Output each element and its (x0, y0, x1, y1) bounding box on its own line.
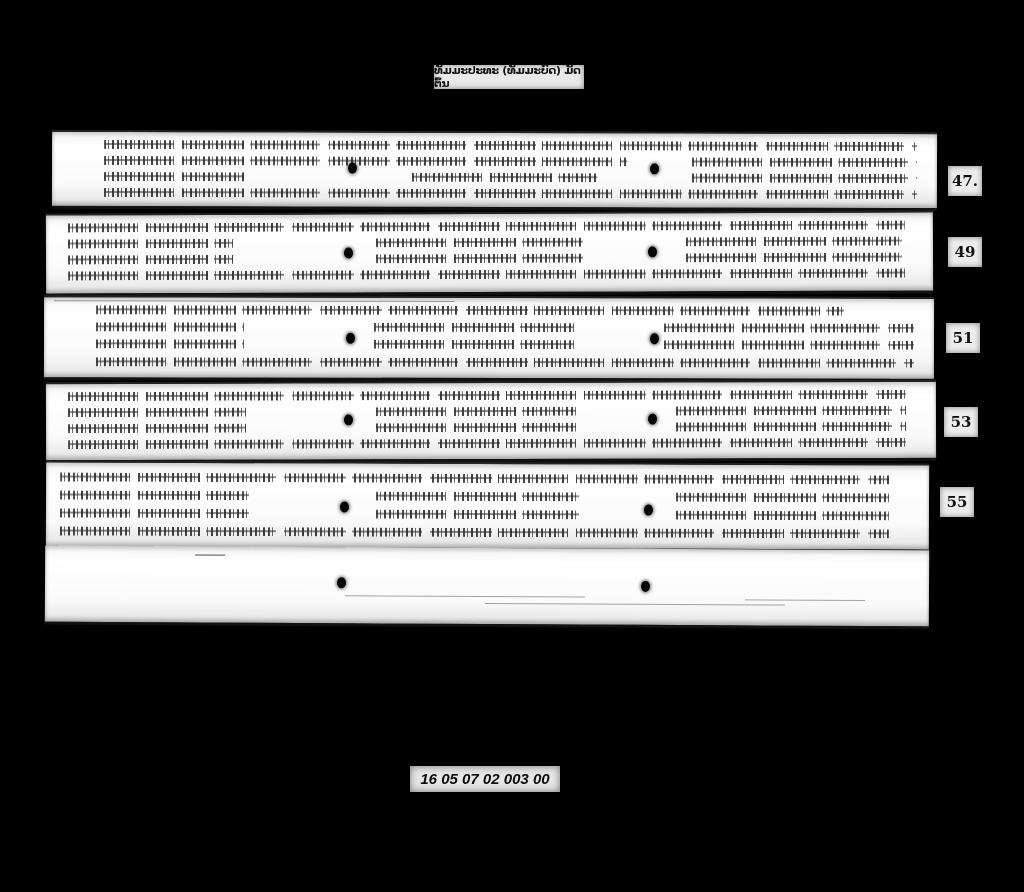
string-hole (648, 414, 657, 425)
text-line (676, 511, 889, 521)
text-line (104, 140, 917, 151)
text-line (68, 438, 906, 449)
leaf-streak (54, 300, 454, 302)
text-line (68, 221, 905, 233)
string-hole (650, 333, 659, 344)
string-hole (346, 333, 355, 344)
leaf-streak (195, 554, 225, 555)
page-number-label: 55 (940, 487, 974, 517)
text-line (376, 407, 576, 417)
text-line (104, 156, 627, 166)
text-line (412, 173, 597, 182)
palm-leaf-49 (46, 210, 933, 296)
text-line (376, 492, 579, 502)
palm-leaf-51 (44, 295, 934, 382)
text-line (676, 422, 906, 432)
string-hole (644, 505, 653, 516)
text-line (96, 322, 244, 331)
page-number-label: 47. (948, 166, 982, 196)
text-line (68, 239, 233, 249)
text-line (96, 339, 244, 348)
text-line (686, 253, 905, 263)
text-line (96, 305, 844, 315)
string-hole (348, 163, 357, 174)
text-line (376, 238, 583, 248)
text-line (676, 493, 889, 503)
text-line (68, 390, 906, 401)
text-line (60, 473, 889, 485)
string-hole (641, 581, 650, 592)
text-line (104, 172, 247, 181)
leaf-streak (485, 603, 785, 606)
leaf-streak (745, 599, 865, 601)
string-hole (650, 163, 659, 174)
text-line (96, 357, 914, 367)
palm-leaf-55 (46, 460, 929, 552)
string-hole (344, 247, 353, 258)
string-hole (340, 501, 349, 512)
page-number-label: 49 (948, 237, 982, 267)
text-line (104, 188, 917, 199)
text-line (686, 237, 905, 247)
text-line (68, 424, 246, 433)
string-hole (344, 414, 353, 425)
text-line (664, 340, 914, 349)
text-line (374, 340, 574, 349)
manuscript-title-label: ທັມມະປະທະ (ທັມມະບົດ) ມັດຕົ້ນ (434, 65, 584, 89)
page-number-label: 53 (944, 407, 978, 437)
palm-leaf-47 (52, 130, 937, 211)
leaf-streak (345, 595, 585, 597)
text-line (664, 323, 914, 332)
palm-leaf-53 (46, 380, 936, 463)
page-number-label: 51 (946, 323, 980, 353)
palm-leaf-blank (45, 546, 929, 630)
text-line (60, 491, 249, 501)
text-line (60, 527, 889, 539)
text-line (676, 406, 906, 416)
string-hole (337, 577, 346, 588)
text-line (68, 408, 246, 417)
archive-id-label: 16 05 07 02 003 00 (410, 766, 560, 792)
string-hole (648, 246, 657, 257)
text-line (376, 423, 576, 433)
text-line (374, 323, 574, 332)
text-line (68, 255, 233, 265)
text-line (376, 254, 583, 264)
text-line (68, 269, 905, 281)
text-line (60, 509, 249, 519)
text-line (692, 174, 917, 184)
text-line (692, 158, 917, 168)
text-line (376, 510, 579, 520)
